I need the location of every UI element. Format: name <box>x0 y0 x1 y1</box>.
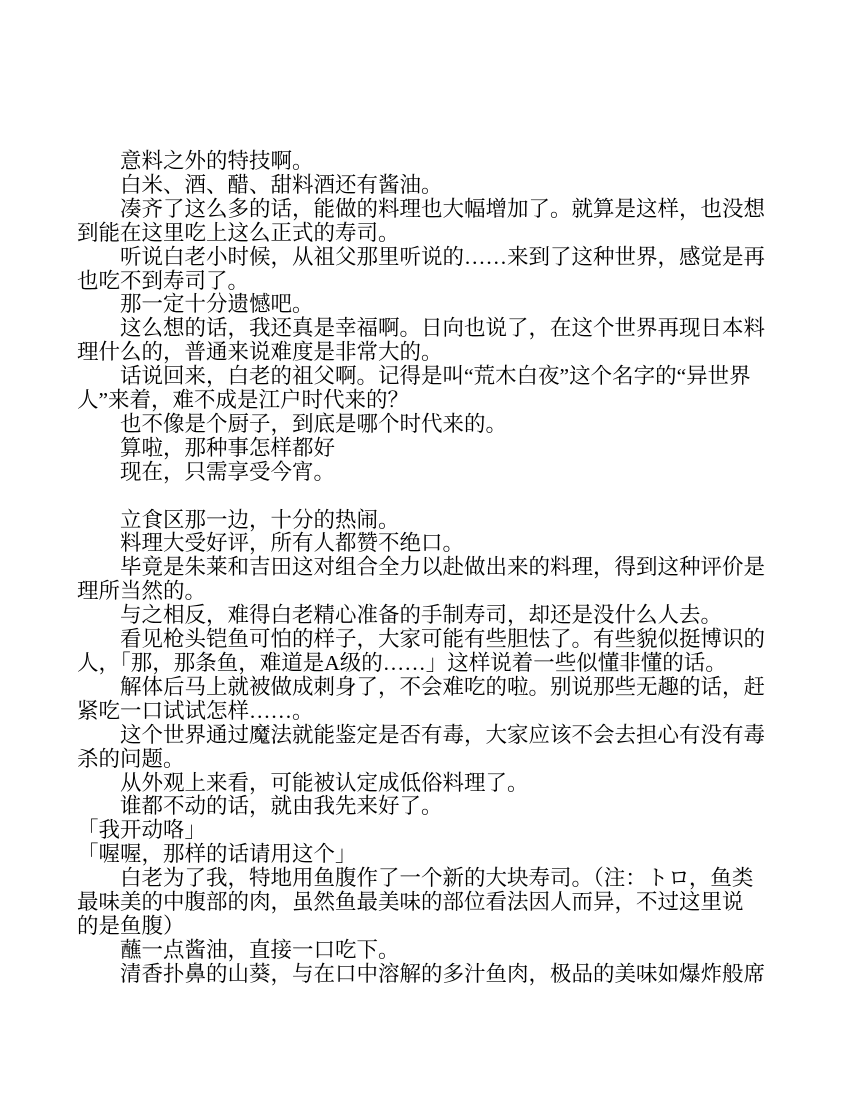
text-line: 凑齐了这么多的话，能做的料理也大幅增加了。就算是这样，也没想 <box>77 198 777 222</box>
text-line: 「我开动咯」 <box>77 819 777 843</box>
text-line: 听说白老小时候，从祖父那里听说的……来到了这种世界，感觉是再 <box>77 246 777 270</box>
text-line: 杀的问题。 <box>77 748 777 772</box>
text-line: 谁都不动的话，就由我先来好了。 <box>77 795 777 819</box>
text-line: 话说回来，白老的祖父啊。记得是叫“荒木白夜”这个名字的“异世界 <box>77 365 777 389</box>
text-line: 紧吃一口试试怎样……。 <box>77 700 777 724</box>
text-line: 人，「那，那条鱼，难道是A级的……」这样说着一些似懂非懂的话。 <box>77 652 777 676</box>
text-line: 人”来着，难不成是江户时代来的？ <box>77 389 777 413</box>
text-line: 白米、酒、醋、甜料酒还有酱油。 <box>77 174 777 198</box>
text-line: 意料之外的特技啊。 <box>77 150 777 174</box>
text-block: 意料之外的特技啊。白米、酒、醋、甜料酒还有酱油。凑齐了这么多的话，能做的料理也大… <box>77 150 777 987</box>
text-line: 看见枪头铠鱼可怕的样子，大家可能有些胆怯了。有些貌似挺博识的 <box>77 628 777 652</box>
text-line: 最味美的中腹部的肉，虽然鱼最美味的部位看法因人而异，不过这里说 <box>77 891 777 915</box>
text-line: 与之相反，难得白老精心准备的手制寿司，却还是没什么人去。 <box>77 604 777 628</box>
text-line: 理什么的，普通来说难度是非常大的。 <box>77 341 777 365</box>
text-line: 料理大受好评，所有人都赞不绝口。 <box>77 532 777 556</box>
text-line: 清香扑鼻的山葵，与在口中溶解的多汁鱼肉，极品的美味如爆炸般席 <box>77 963 777 987</box>
text-line: 立食区那一边，十分的热闹。 <box>77 509 777 533</box>
text-line: 「喔喔，那样的话请用这个」 <box>77 843 777 867</box>
text-line: 这个世界通过魔法就能鉴定是否有毒，大家应该不会去担心有没有毒 <box>77 724 777 748</box>
text-line: 这么想的话，我还真是幸福啊。日向也说了，在这个世界再现日本料 <box>77 317 777 341</box>
text-line: 白老为了我，特地用鱼腹作了一个新的大块寿司。（注：トロ，鱼类 <box>77 867 777 891</box>
text-line: 也吃不到寿司了。 <box>77 270 777 294</box>
text-line: 那一定十分遗憾吧。 <box>77 293 777 317</box>
blank-line <box>77 485 777 509</box>
text-line: 算啦，那种事怎样都好 <box>77 437 777 461</box>
text-line: 解体后马上就被做成刺身了，不会难吃的啦。别说那些无趣的话，赶 <box>77 676 777 700</box>
text-line: 蘸一点酱油，直接一口吃下。 <box>77 939 777 963</box>
text-line: 毕竟是朱莱和吉田这对组合全力以赴做出来的料理，得到这种评价是 <box>77 556 777 580</box>
text-line: 从外观上来看，可能被认定成低俗料理了。 <box>77 772 777 796</box>
text-line: 的是鱼腹） <box>77 915 777 939</box>
text-line: 现在，只需享受今宵。 <box>77 461 777 485</box>
text-line: 也不像是个厨子，到底是哪个时代来的。 <box>77 413 777 437</box>
document-page: 意料之外的特技啊。白米、酒、醋、甜料酒还有酱油。凑齐了这么多的话，能做的料理也大… <box>0 0 850 1100</box>
text-line: 理所当然的。 <box>77 580 777 604</box>
text-line: 到能在这里吃上这么正式的寿司。 <box>77 222 777 246</box>
